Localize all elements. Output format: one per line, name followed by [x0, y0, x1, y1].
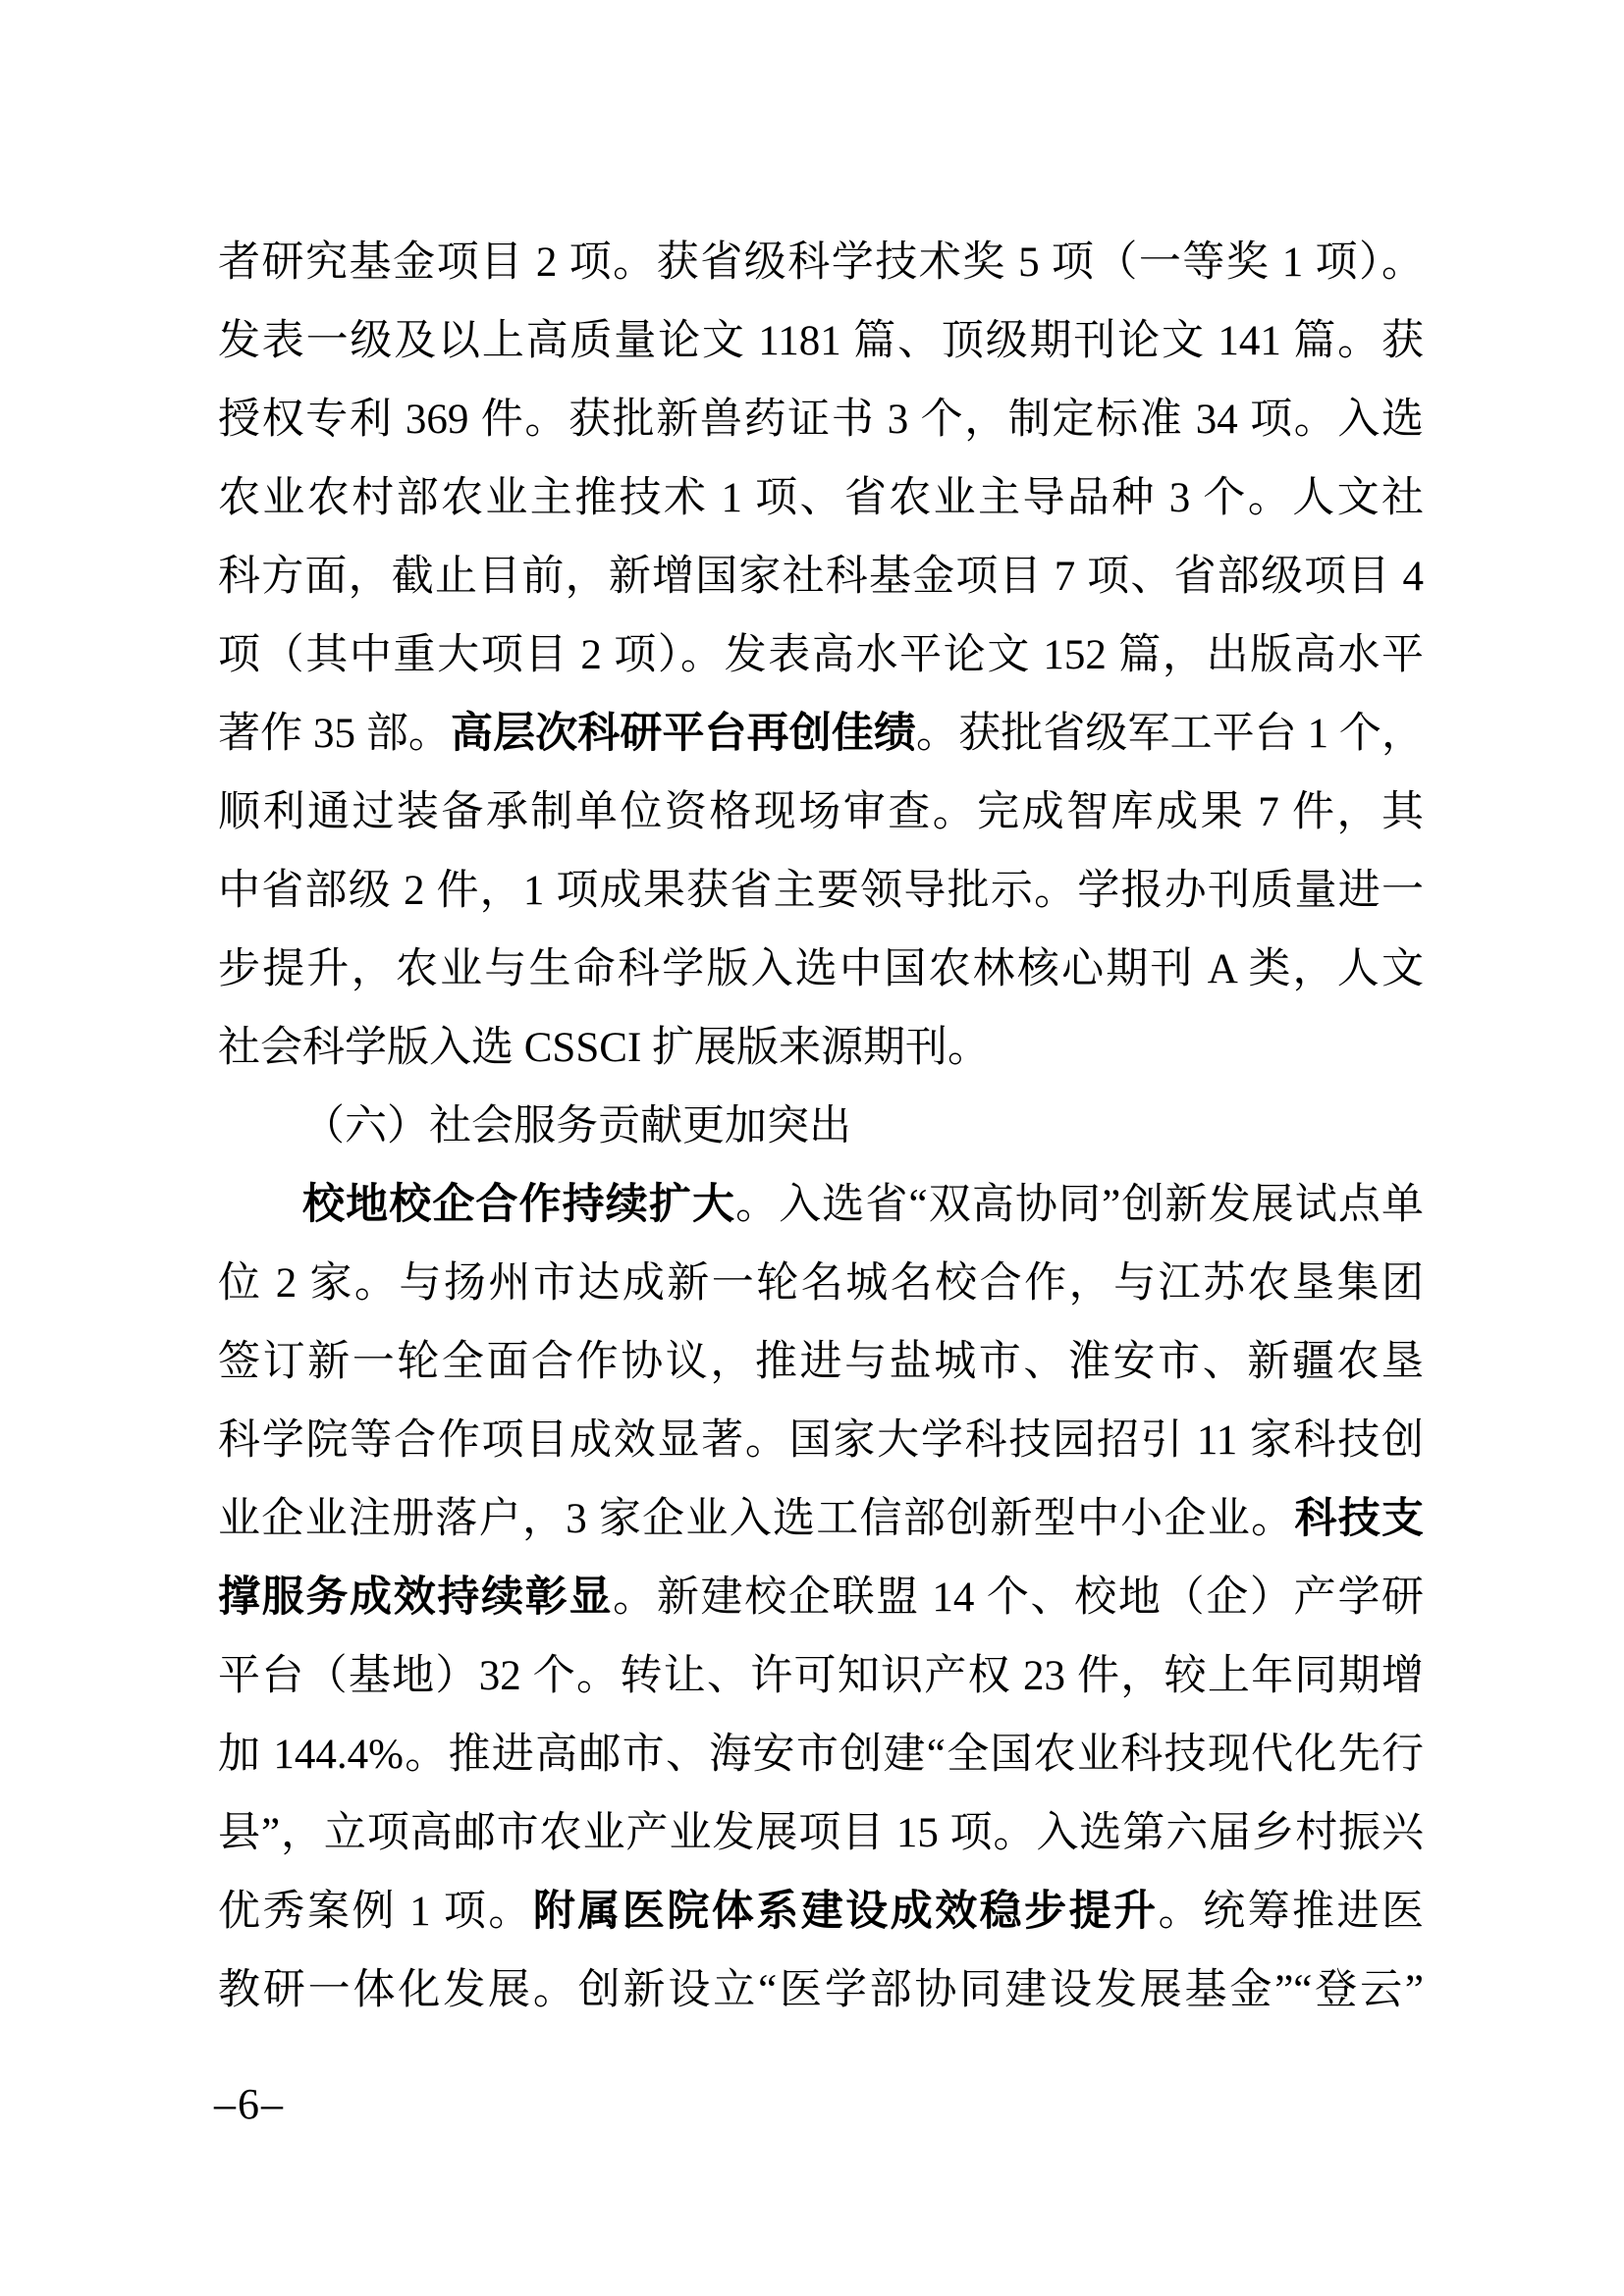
emphasis-text-run: 高层次科研平台再创佳绩	[451, 711, 916, 757]
text-run: 中省部级 2 件，1 项成果获省主要领导批示。学报办刊质量进一	[218, 868, 1424, 914]
text-run: 农业农村部农业主推技术 1 项、省农业主导品种 3 个。人文社	[218, 475, 1424, 521]
document-body: 者研究基金项目 2 项。获省级科学技术奖 5 项（一等奖 1 项）。发表一级及以…	[218, 224, 1424, 2030]
text-line: 者研究基金项目 2 项。获省级科学技术奖 5 项（一等奖 1 项）。	[218, 224, 1424, 302]
text-run: 项（其中重大项目 2 项）。发表高水平论文 152 篇，出版高水平	[218, 632, 1424, 678]
text-line: 顺利通过装备承制单位资格现场审查。完成智库成果 7 件，其	[218, 774, 1424, 852]
text-run: 加 144.4%。推进高邮市、海安市创建“全国农业科技现代化先行	[218, 1732, 1424, 1778]
text-line: 撑服务成效持续彰显。新建校企联盟 14 个、校地（企）产学研	[218, 1559, 1424, 1637]
text-line: 科方面，截止目前，新增国家社科基金项目 7 项、省部级项目 4	[218, 538, 1424, 616]
text-run: 。统筹推进医	[1159, 1889, 1424, 1935]
emphasis-text-run: 科技支	[1294, 1496, 1424, 1542]
text-line: 位 2 家。与扬州市达成新一轮名城名校合作，与江苏农垦集团	[218, 1245, 1424, 1323]
text-line: 科学院等合作项目成效显著。国家大学科技园招引 11 家科技创	[218, 1402, 1424, 1480]
text-run: 。新建校企联盟 14 个、校地（企）产学研	[613, 1575, 1424, 1621]
text-run: 科方面，截止目前，新增国家社科基金项目 7 项、省部级项目 4	[218, 554, 1424, 600]
text-line: 中省部级 2 件，1 项成果获省主要领导批示。学报办刊质量进一	[218, 852, 1424, 931]
text-line: 社会科学版入选 CSSCI 扩展版来源期刊。	[218, 1009, 1424, 1088]
text-line: 发表一级及以上高质量论文 1181 篇、顶级期刊论文 141 篇。获	[218, 302, 1424, 381]
text-run: 优秀案例 1 项。	[218, 1889, 533, 1935]
text-run: 社会科学版入选 CSSCI 扩展版来源期刊。	[218, 1025, 990, 1071]
text-line: 签订新一轮全面合作协议，推进与盐城市、淮安市、新疆农垦	[218, 1323, 1424, 1402]
text-run: 签订新一轮全面合作协议，推进与盐城市、淮安市、新疆农垦	[218, 1339, 1424, 1385]
text-line: 县”，立项高邮市农业产业发展项目 15 项。入选第六届乡村振兴	[218, 1794, 1424, 1873]
text-run: 教研一体化发展。创新设立“医学部协同建设发展基金”“登云”	[218, 1967, 1424, 2013]
text-line: 农业农村部农业主推技术 1 项、省农业主导品种 3 个。人文社	[218, 459, 1424, 538]
page-number: –6–	[214, 2065, 285, 2144]
text-run: 县”，立项高邮市农业产业发展项目 15 项。入选第六届乡村振兴	[218, 1810, 1424, 1856]
text-run: 平台（基地）32 个。转让、许可知识产权 23 件，较上年同期增	[218, 1653, 1424, 1699]
text-line: 优秀案例 1 项。附属医院体系建设成效稳步提升。统筹推进医	[218, 1873, 1424, 1951]
text-run: 者研究基金项目 2 项。获省级科学技术奖 5 项（一等奖 1 项）。	[218, 240, 1424, 286]
text-run: 。入选省“双高协同”创新发展试点单	[735, 1182, 1424, 1228]
text-line: 著作 35 部。高层次科研平台再创佳绩。获批省级军工平台 1 个，	[218, 695, 1424, 774]
text-run: 授权专利 369 件。获批新兽药证书 3 个，制定标准 34 项。入选	[218, 397, 1424, 443]
text-line: 加 144.4%。推进高邮市、海安市创建“全国农业科技现代化先行	[218, 1716, 1424, 1794]
text-line: 教研一体化发展。创新设立“医学部协同建设发展基金”“登云”	[218, 1951, 1424, 2030]
document-page: 者研究基金项目 2 项。获省级科学技术奖 5 项（一等奖 1 项）。发表一级及以…	[0, 0, 1624, 2296]
emphasis-text-run: 校地校企合作持续扩大	[302, 1182, 735, 1228]
text-run: 发表一级及以上高质量论文 1181 篇、顶级期刊论文 141 篇。获	[218, 318, 1424, 364]
text-run: 。获批省级军工平台 1 个，	[916, 711, 1424, 757]
text-run: 业企业注册落户，3 家企业入选工信部创新型中小企业。	[218, 1496, 1294, 1542]
text-run: 位 2 家。与扬州市达成新一轮名城名校合作，与江苏农垦集团	[218, 1260, 1424, 1307]
text-line: 业企业注册落户，3 家企业入选工信部创新型中小企业。科技支	[218, 1480, 1424, 1559]
text-run: （六）社会服务贡献更加突出	[302, 1103, 851, 1149]
text-line: 步提升，农业与生命科学版入选中国农林核心期刊 A 类，人文	[218, 931, 1424, 1009]
text-run: 步提升，农业与生命科学版入选中国农林核心期刊 A 类，人文	[218, 946, 1424, 992]
emphasis-text-run: 撑服务成效持续彰显	[218, 1575, 613, 1621]
text-run: 顺利通过装备承制单位资格现场审查。完成智库成果 7 件，其	[218, 789, 1424, 835]
text-run: 著作 35 部。	[218, 711, 451, 757]
text-line: 平台（基地）32 个。转让、许可知识产权 23 件，较上年同期增	[218, 1637, 1424, 1716]
text-run: 科学院等合作项目成效显著。国家大学科技园招引 11 家科技创	[218, 1417, 1424, 1464]
text-line: 校地校企合作持续扩大。入选省“双高协同”创新发展试点单	[218, 1166, 1424, 1245]
emphasis-text-run: 附属医院体系建设成效稳步提升	[533, 1889, 1159, 1935]
text-line: 项（其中重大项目 2 项）。发表高水平论文 152 篇，出版高水平	[218, 616, 1424, 695]
text-line: 授权专利 369 件。获批新兽药证书 3 个，制定标准 34 项。入选	[218, 381, 1424, 459]
section-heading: （六）社会服务贡献更加突出	[218, 1088, 1424, 1166]
